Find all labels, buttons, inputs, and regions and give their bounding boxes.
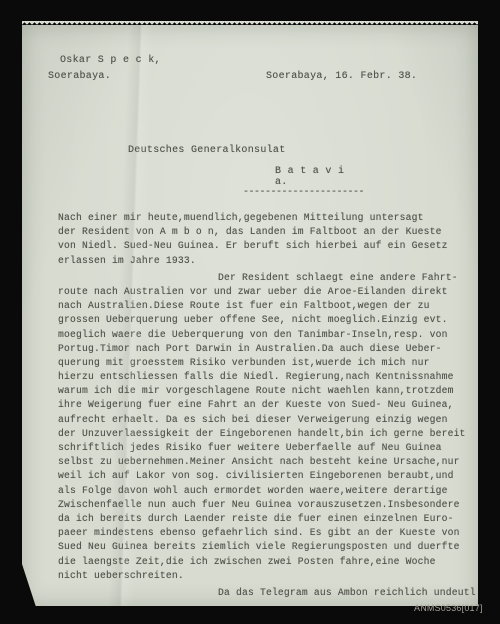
letter-line: von Niedl. Sued-Neu Guinea. Er beruft si…: [58, 239, 476, 253]
letter-line: der Resident von A m b o n, das Landen i…: [58, 225, 476, 239]
recipient-underline: ------------------------: [243, 187, 363, 198]
letter-line: der Unzuverlaessigkeit der Eingeborenen …: [58, 427, 476, 441]
letter-line: Da das Telegram aus Ambon reichlich unde…: [58, 586, 476, 600]
letter-line: grossen Ueberquerung ueber offene See, n…: [58, 313, 476, 327]
letter-line: erlassen im Jahre 1933.: [58, 254, 476, 268]
recipient-city: B a t a v i a.: [243, 166, 363, 188]
letter-line: schriftlich jedes Risiko fuer weitere Ue…: [58, 441, 476, 455]
letter-line: querung mit groesstem Risiko verbunden i…: [58, 356, 476, 370]
recipient-organisation: Deutsches Generalkonsulat: [128, 145, 286, 156]
sender-name: Oskar S p e c k,: [60, 55, 161, 66]
letter-line: als Folge davon wohl auch ermordet worde…: [58, 484, 476, 498]
torn-corner: [21, 561, 36, 607]
letter-line: hierzu entschliessen falls die Niedl. Re…: [58, 370, 476, 384]
letter-line: Portug.Timor nach Port Darwin in Austral…: [58, 342, 476, 356]
letter-line: nicht ueberschreiten.: [58, 569, 476, 583]
letter-line: Der Resident schlaegt eine andere Fahrt-: [58, 271, 476, 285]
letter-line: Sued Neu Guinea bereits ziemlich viele R…: [58, 540, 476, 554]
letter-line: paeer mindestens ebenso gefaehrlich sind…: [58, 526, 476, 540]
archive-label: ANMS0536[017]: [414, 603, 483, 613]
letter-line: route nach Australien vor und zwar ueber…: [58, 285, 476, 299]
letter-line: Nach einer mir heute,muendlich,gegebenen…: [58, 211, 476, 225]
letter-line: nach Australien.Diese Route ist fuer ein…: [58, 299, 476, 313]
letter-line: moeglich waere die Ueberquerung von den …: [58, 328, 476, 342]
letter-line: aufrecht erhaelt. Da es sich bei dieser …: [58, 413, 476, 427]
letter-line: die laengste Zeit,die ich zwischen zwei …: [58, 555, 476, 569]
dateline: Soerabaya, 16. Febr. 38.: [266, 71, 417, 82]
letter-line: selbst zu uebernehmen.Meiner Ansicht nac…: [58, 455, 476, 469]
letter-line: ihre Weigerung fuer eine Fahrt an der Ku…: [58, 398, 476, 412]
letter-body: Nach einer mir heute,muendlich,gegebenen…: [58, 211, 476, 600]
sender-location: Soerabaya.: [48, 71, 111, 82]
letter-line: da ich bereits durch Laender reiste die …: [58, 512, 476, 526]
letter-line: weil ich auf Lakor von sog. civilisierte…: [58, 469, 476, 483]
letter-line: Zwischenfaelle nun auch fuer Neu Guinea …: [58, 498, 476, 512]
photograph-background: Oskar S p e c k, Soerabaya. Soerabaya, 1…: [0, 0, 500, 624]
letter-page: Oskar S p e c k, Soerabaya. Soerabaya, 1…: [22, 25, 478, 606]
letter-line: warum ich die mir vorgeschlagene Route n…: [58, 384, 476, 398]
recipient-city-block: B a t a v i a. ------------------------: [243, 166, 363, 198]
